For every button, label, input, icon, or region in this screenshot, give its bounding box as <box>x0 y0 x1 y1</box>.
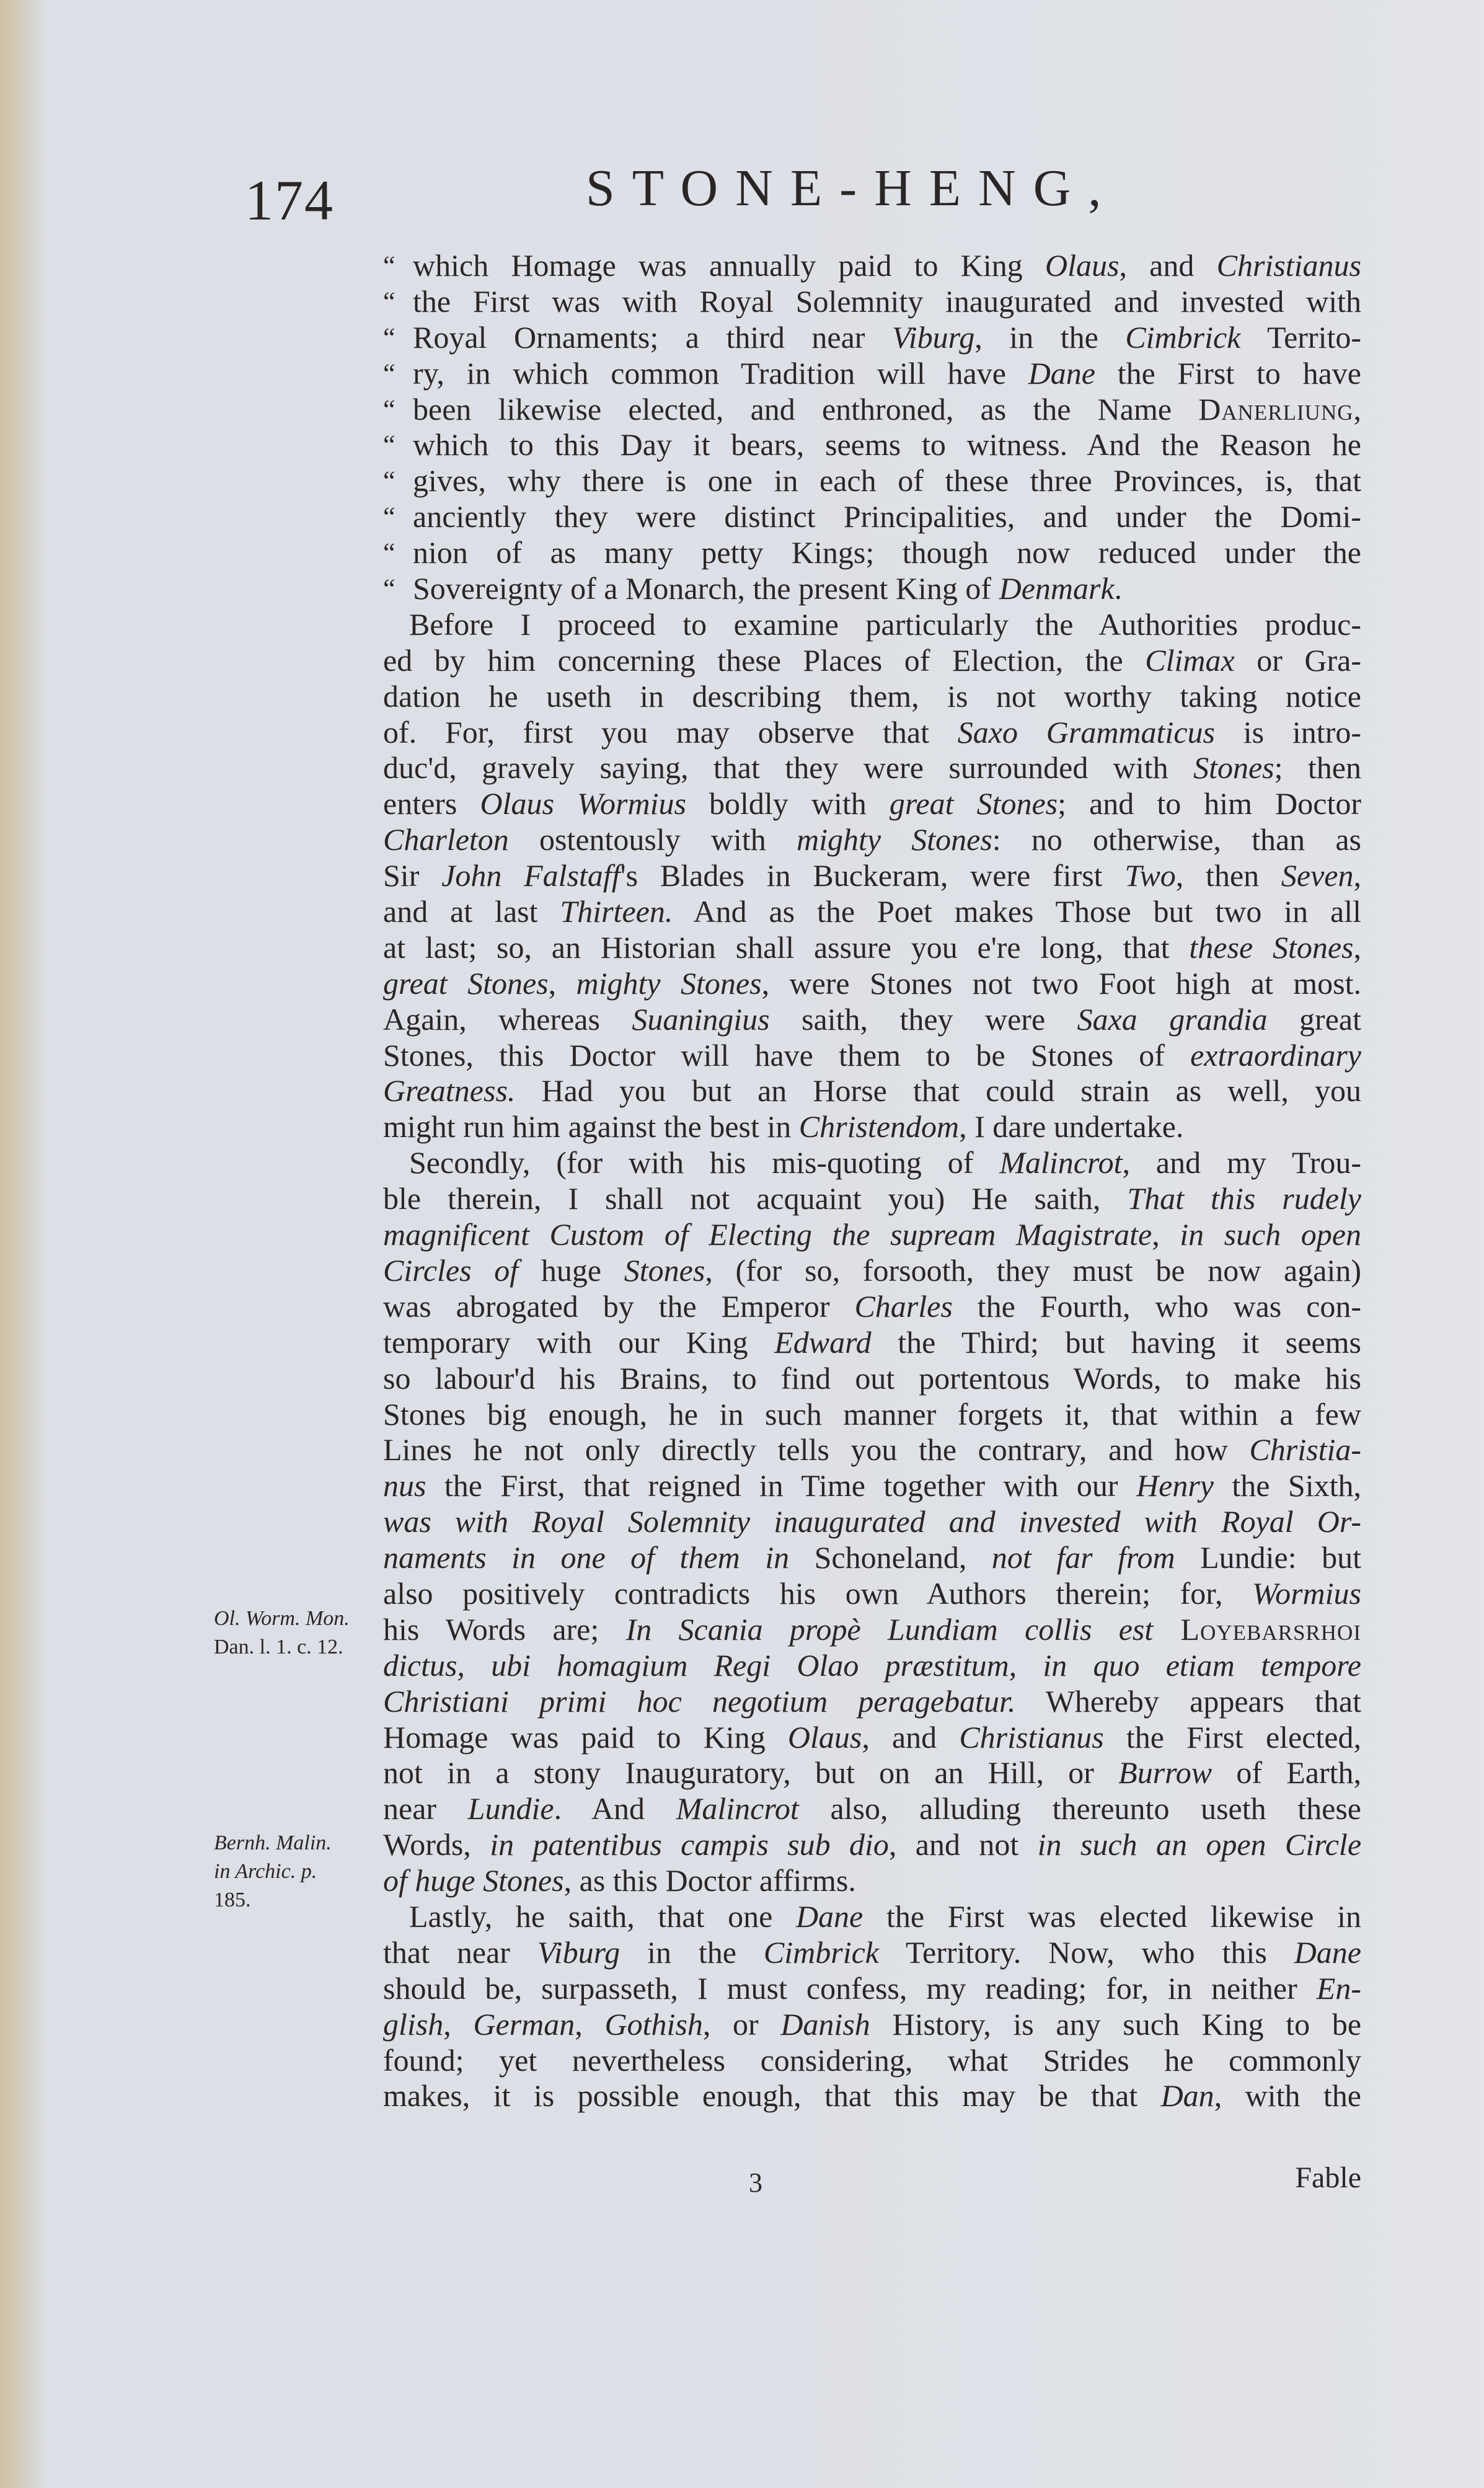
roman-text: ; then <box>1274 750 1361 785</box>
margin-note-line: Dan. l. 1. c. 12. <box>214 1633 350 1662</box>
text-line: temporary with our King Edward the Third… <box>383 1325 1361 1361</box>
italic-text: glish <box>383 2007 443 2042</box>
text-line: Circles of huge Stones, (for so, forsoot… <box>383 1253 1361 1289</box>
roman-text: which to this Day it bears, seems to wit… <box>413 427 1361 462</box>
roman-text: , were Stones not two Foot high at most. <box>762 966 1361 1001</box>
roman-text: , <box>549 966 576 1001</box>
roman-text: , and my Trou- <box>1122 1145 1361 1180</box>
roman-text: duc'd, gravely saying, that they were su… <box>383 750 1193 785</box>
text-line: Christiani primi hoc negotium peragebatu… <box>383 1684 1361 1720</box>
text-line: Sir John Falstaff's Blades in Buckeram, … <box>383 858 1361 894</box>
italic-text: Olaus <box>788 1720 862 1755</box>
italic-text: Dane <box>1028 356 1095 391</box>
italic-text: Burrow <box>1118 1755 1212 1790</box>
roman-text: ble therein, I shall not acquaint you) H… <box>383 1181 1127 1216</box>
text-line: enters Olaus Wormius boldly with great S… <box>383 786 1361 822</box>
quotation-mark: “ <box>383 356 395 392</box>
italic-text: Gothish <box>604 2007 702 2042</box>
roman-text: Whereby appears that <box>1015 1684 1361 1719</box>
catchword: Fable <box>1295 2161 1361 2195</box>
italic-text: Henry <box>1136 1468 1214 1503</box>
italic-text: Dane <box>1294 1935 1361 1970</box>
roman-text: : no otherwise, than as <box>992 822 1361 857</box>
italic-text: Malincrot <box>676 1791 799 1826</box>
roman-text: the First was with Royal Solemnity inaug… <box>413 284 1361 319</box>
italic-text: Viburg <box>892 320 974 355</box>
text-line: Charleton ostentously with mighty Stones… <box>383 822 1361 858</box>
roman-text: , <box>1354 930 1362 965</box>
text-line: might run him against the best in Christ… <box>383 1109 1361 1145</box>
italic-text: Viburg <box>537 1935 620 1970</box>
small-caps-text: Loyebarsrhoi <box>1153 1612 1361 1647</box>
quotation-mark: “ <box>383 499 395 535</box>
italic-text: Stones <box>1193 750 1274 785</box>
italic-text: German <box>473 2007 575 2042</box>
roman-text: in the <box>620 1935 764 1970</box>
italic-text: Saxo Grammaticus <box>958 715 1215 750</box>
roman-text: Territo- <box>1240 320 1361 355</box>
roman-text: also positively contradicts his own Auth… <box>383 1576 1252 1611</box>
text-line: so labour'd his Brains, to find out port… <box>383 1361 1361 1397</box>
roman-text: enters <box>383 786 480 821</box>
italic-text: Greatness. <box>383 1073 515 1108</box>
italic-text: In Scania propè Lundiam collis est <box>626 1612 1154 1647</box>
margin-note-line: Bernh. Malin. <box>214 1829 332 1857</box>
margin-note-line: Ol. Worm. Mon. <box>214 1605 350 1633</box>
roman-text: found; yet nevertheless considering, wha… <box>383 2043 1361 2078</box>
roman-text: temporary with our King <box>383 1325 774 1360</box>
text-line: ble therein, I shall not acquaint you) H… <box>383 1181 1361 1217</box>
roman-text: Schoneland, <box>789 1540 992 1575</box>
text-line: found; yet nevertheless considering, wha… <box>383 2043 1361 2079</box>
quotation-mark: “ <box>383 427 395 463</box>
text-line: not in a stony Inauguratory, but on an H… <box>383 1755 1361 1791</box>
text-line: Greatness. Had you but an Horse that cou… <box>383 1073 1361 1109</box>
text-line: near Lundie. And Malincrot also, alludin… <box>383 1791 1361 1827</box>
margin-note-wormius: Ol. Worm. Mon. Dan. l. 1. c. 12. <box>214 1605 350 1662</box>
roman-text: dation he useth in describing them, is n… <box>383 679 1361 714</box>
roman-text: nion of as many petty Kings; though now … <box>413 535 1361 570</box>
text-line: “Sovereignty of a Monarch, the present K… <box>383 571 1361 607</box>
roman-text: Before I proceed to examine particularly… <box>409 607 1361 642</box>
quotation-mark: “ <box>383 392 395 428</box>
italic-text: in such open <box>1180 1217 1361 1252</box>
text-line: makes, it is possible enough, that this … <box>383 2078 1361 2114</box>
text-line: Lastly, he saith, that one Dane the Firs… <box>383 1899 1361 1935</box>
text-line: dation he useth in describing them, is n… <box>383 679 1361 715</box>
roman-text: , <box>1354 858 1362 893</box>
text-line: Stones, this Doctor will have them to be… <box>383 1038 1361 1074</box>
roman-text: Secondly, (for with his mis-quoting of <box>409 1145 999 1180</box>
roman-text: the First to have <box>1095 356 1361 391</box>
italic-text: Olaus Wormius <box>480 786 686 821</box>
text-line: glish, German, Gothish, or Danish Histor… <box>383 2007 1361 2043</box>
italic-text: Suaningius <box>632 1002 769 1037</box>
italic-text: not far from <box>992 1540 1175 1575</box>
roman-text: Homage was paid to King <box>383 1720 788 1755</box>
roman-text: , with the <box>1214 2078 1361 2113</box>
italic-text: great Stones <box>383 966 549 1001</box>
roman-text: the Fourth, who was con- <box>953 1289 1361 1324</box>
text-line: of. For, first you may observe that Saxo… <box>383 715 1361 751</box>
italic-text: these Stones <box>1189 930 1353 965</box>
roman-text: 's Blades in Buckeram, were first <box>621 858 1125 893</box>
italic-text: Christendom <box>799 1109 959 1144</box>
roman-text: . And <box>554 1791 676 1826</box>
text-line: Again, whereas Suaningius saith, they we… <box>383 1002 1361 1038</box>
roman-text: might run him against the best in <box>383 1109 799 1144</box>
italic-text: in patentibus campis sub dio <box>490 1827 889 1862</box>
text-line: “which to this Day it bears, seems to wi… <box>383 427 1361 463</box>
italic-text: extraordinary <box>1190 1038 1361 1073</box>
roman-text: , and not <box>889 1827 1038 1862</box>
roman-text: History, is any such King to be <box>870 2007 1361 2042</box>
roman-text: that near <box>383 1935 537 1970</box>
roman-text: the First, that reigned in Time together… <box>426 1468 1136 1503</box>
text-line: also positively contradicts his own Auth… <box>383 1576 1361 1612</box>
italic-text: great Stones <box>890 786 1058 821</box>
roman-text: , in the <box>974 320 1125 355</box>
italic-text: Charleton <box>383 822 509 857</box>
small-caps-text: Danerliung <box>1198 392 1353 427</box>
italic-text: was with Royal Solemnity inaugurated and… <box>383 1504 1361 1539</box>
roman-text: and at last <box>383 894 560 929</box>
text-line: and at last Thirteen. And as the Poet ma… <box>383 894 1361 930</box>
italic-text: Dan <box>1161 2078 1214 2113</box>
italic-text: Stones <box>624 1253 705 1288</box>
italic-text: Christianus <box>1217 248 1361 283</box>
text-line: Homage was paid to King Olaus, and Chris… <box>383 1720 1361 1756</box>
italic-text: in such an open Circle <box>1038 1827 1361 1862</box>
italic-text: Thirteen. <box>560 894 673 929</box>
signature-mark: 3 <box>749 2167 762 2198</box>
margin-note-line: 185. <box>214 1886 332 1915</box>
roman-text: Lastly, he saith, that one <box>409 1899 796 1934</box>
text-line: “anciently they were distinct Principali… <box>383 499 1361 535</box>
page-number: 174 <box>245 167 334 233</box>
text-line: his Words are; In Scania propè Lundiam c… <box>383 1612 1361 1648</box>
italic-text: Danish <box>780 2007 870 2042</box>
italic-text: Two <box>1124 858 1175 893</box>
italic-text: En- <box>1317 1971 1361 2006</box>
italic-text: Cimbrick <box>764 1935 879 1970</box>
roman-text: the Sixth, <box>1214 1468 1361 1503</box>
italic-text: Christia- <box>1249 1432 1361 1467</box>
roman-text: at last; so, an Historian shall assure y… <box>383 930 1189 965</box>
roman-text: is intro- <box>1215 715 1361 750</box>
roman-text: of. For, first you may observe that <box>383 715 958 750</box>
quotation-mark: “ <box>383 571 395 607</box>
text-line: “which Homage was annually paid to King … <box>383 248 1361 284</box>
roman-text: was abrogated by the Emperor <box>383 1289 854 1324</box>
roman-text: Lines he not only directly tells you the… <box>383 1432 1249 1467</box>
italic-text: dictus, ubi homagium Regi Olao præstitum… <box>383 1648 1361 1683</box>
roman-text: , <box>575 2007 604 2042</box>
italic-text: naments in one of them in <box>383 1540 789 1575</box>
italic-text: Olaus <box>1045 248 1119 283</box>
text-line: nus the First, that reigned in Time toge… <box>383 1468 1361 1504</box>
text-line: at last; so, an Historian shall assure y… <box>383 930 1361 966</box>
italic-text: Christianus <box>959 1720 1103 1755</box>
text-line: “nion of as many petty Kings; though now… <box>383 535 1361 571</box>
roman-text: Sovereignty of a Monarch, the present Ki… <box>413 571 999 606</box>
roman-text: great <box>1268 1002 1361 1037</box>
roman-text: ostentously with <box>509 822 797 857</box>
text-line: naments in one of them in Schoneland, no… <box>383 1540 1361 1576</box>
roman-text: , <box>443 2007 473 2042</box>
roman-text: Again, whereas <box>383 1002 632 1037</box>
quotation-mark: “ <box>383 535 395 571</box>
text-line: “Royal Ornaments; a third near Viburg, i… <box>383 320 1361 356</box>
roman-text: Sir <box>383 858 441 893</box>
italic-text: nus <box>383 1468 426 1503</box>
roman-text: of Earth, <box>1212 1755 1361 1790</box>
roman-text: Royal Ornaments; a third near <box>413 320 892 355</box>
roman-text: gives, why there is one in each of these… <box>413 463 1361 498</box>
margin-note-line: in Archic. p. <box>214 1857 332 1886</box>
roman-text: been likewise elected, and enthroned, as… <box>413 392 1198 427</box>
italic-text: Saxa grandia <box>1077 1002 1268 1037</box>
italic-text: Denmark <box>999 571 1115 606</box>
roman-text: , and <box>1119 248 1216 283</box>
roman-text: so labour'd his Brains, to find out port… <box>383 1361 1361 1396</box>
margin-note-malincrot: Bernh. Malin. in Archic. p. 185. <box>214 1829 332 1915</box>
text-line: was with Royal Solemnity inaugurated and… <box>383 1504 1361 1540</box>
roman-text: boldly with <box>686 786 890 821</box>
italic-text: Charles <box>854 1289 952 1324</box>
roman-text: or Gra- <box>1235 643 1361 678</box>
text-line: magnificent Custom of Electing the supre… <box>383 1217 1361 1253</box>
roman-text: , <box>1354 392 1362 427</box>
italic-text: Seven <box>1281 858 1354 893</box>
text-line: ed by him concerning these Places of Ele… <box>383 643 1361 679</box>
roman-text: ed by him concerning these Places of Ele… <box>383 643 1145 678</box>
text-line: “been likewise elected, and enthroned, a… <box>383 392 1361 428</box>
quotation-mark: “ <box>383 284 395 320</box>
italic-text: Climax <box>1145 643 1234 678</box>
roman-text: Lundie: but <box>1175 1540 1361 1575</box>
roman-text: ; and to him Doctor <box>1058 786 1361 821</box>
italic-text: Christiani primi hoc negotium peragebatu… <box>383 1684 1015 1719</box>
quotation-mark: “ <box>383 248 395 284</box>
italic-text: Dane <box>796 1899 863 1934</box>
text-line: was abrogated by the Emperor Charles the… <box>383 1289 1361 1325</box>
italic-text: mighty Stones <box>576 966 762 1001</box>
roman-text: And as the Poet makes Those but two in a… <box>673 894 1361 929</box>
text-line: Lines he not only directly tells you the… <box>383 1432 1361 1468</box>
italic-text: Wormius <box>1252 1576 1361 1611</box>
text-line: “gives, why there is one in each of thes… <box>383 463 1361 499</box>
roman-text: ry, in which common Tradition will have <box>413 356 1028 391</box>
text-line: Before I proceed to examine particularly… <box>383 607 1361 643</box>
italic-text: That this rudely <box>1127 1181 1361 1216</box>
body-text: “which Homage was annually paid to King … <box>383 248 1361 2114</box>
roman-text: huge <box>518 1253 624 1288</box>
italic-text: Malincrot <box>999 1145 1122 1180</box>
roman-text: saith, they were <box>770 1002 1077 1037</box>
roman-text: anciently they were distinct Principalit… <box>413 499 1361 534</box>
text-line: great Stones, mighty Stones, were Stones… <box>383 966 1361 1002</box>
quotation-mark: “ <box>383 463 395 499</box>
italic-text: Circles of <box>383 1253 518 1288</box>
italic-text: of huge Stones <box>383 1863 564 1898</box>
roman-text: makes, it is possible enough, that this … <box>383 2078 1161 2113</box>
italic-text: Lundie <box>468 1791 554 1826</box>
text-line: Words, in patentibus campis sub dio, and… <box>383 1827 1361 1863</box>
italic-text: magnificent Custom of Electing the supre… <box>383 1217 1152 1252</box>
roman-text: , and <box>862 1720 959 1755</box>
roman-text: Territory. Now, who this <box>879 1935 1294 1970</box>
text-line: that near Viburg in the Cimbrick Territo… <box>383 1935 1361 1971</box>
italic-text: mighty Stones <box>797 822 992 857</box>
italic-text: Edward <box>774 1325 872 1360</box>
roman-text: the Third; but having it seems <box>872 1325 1361 1360</box>
roman-text: , I dare undertake. <box>959 1109 1183 1144</box>
roman-text: , then <box>1176 858 1281 893</box>
quotation-mark: “ <box>383 320 395 356</box>
roman-text: which Homage was annually paid to King <box>413 248 1045 283</box>
roman-text: the First was elected likewise in <box>863 1899 1361 1934</box>
text-line: “the First was with Royal Solemnity inau… <box>383 284 1361 320</box>
roman-text: , or <box>703 2007 781 2042</box>
roman-text: Words, <box>383 1827 490 1862</box>
roman-text: , <box>1152 1217 1180 1252</box>
roman-text: Stones big enough, he in such manner for… <box>383 1397 1361 1432</box>
spine-shadow <box>0 0 50 2488</box>
roman-text: should be, surpasseth, I must confess, m… <box>383 1971 1317 2006</box>
text-line: dictus, ubi homagium Regi Olao præstitum… <box>383 1648 1361 1684</box>
text-line: Stones big enough, he in such manner for… <box>383 1397 1361 1433</box>
italic-text: John Falstaff <box>441 858 621 893</box>
text-line: of huge Stones, as this Doctor affirms. <box>383 1863 1361 1899</box>
italic-text: Cimbrick <box>1125 320 1240 355</box>
roman-text: not in a stony Inauguratory, but on an H… <box>383 1755 1118 1790</box>
roman-text: Stones, this Doctor will have them to be… <box>383 1038 1190 1073</box>
roman-text: Had you but an Horse that could strain a… <box>515 1073 1361 1108</box>
roman-text: near <box>383 1791 468 1826</box>
roman-text: also, alluding thereunto useth these <box>799 1791 1361 1826</box>
roman-text: his Words are; <box>383 1612 626 1647</box>
text-line: should be, surpasseth, I must confess, m… <box>383 1971 1361 2007</box>
running-head: STONE-HENG, <box>586 158 1118 218</box>
text-line: Secondly, (for with his mis-quoting of M… <box>383 1145 1361 1181</box>
roman-text: . <box>1115 571 1123 606</box>
roman-text: , (for so, forsooth, they must be now ag… <box>705 1253 1361 1288</box>
text-line: duc'd, gravely saying, that they were su… <box>383 750 1361 786</box>
roman-text: , as this Doctor affirms. <box>564 1863 856 1898</box>
roman-text: the First elected, <box>1104 1720 1361 1755</box>
text-line: “ry, in which common Tradition will have… <box>383 356 1361 392</box>
